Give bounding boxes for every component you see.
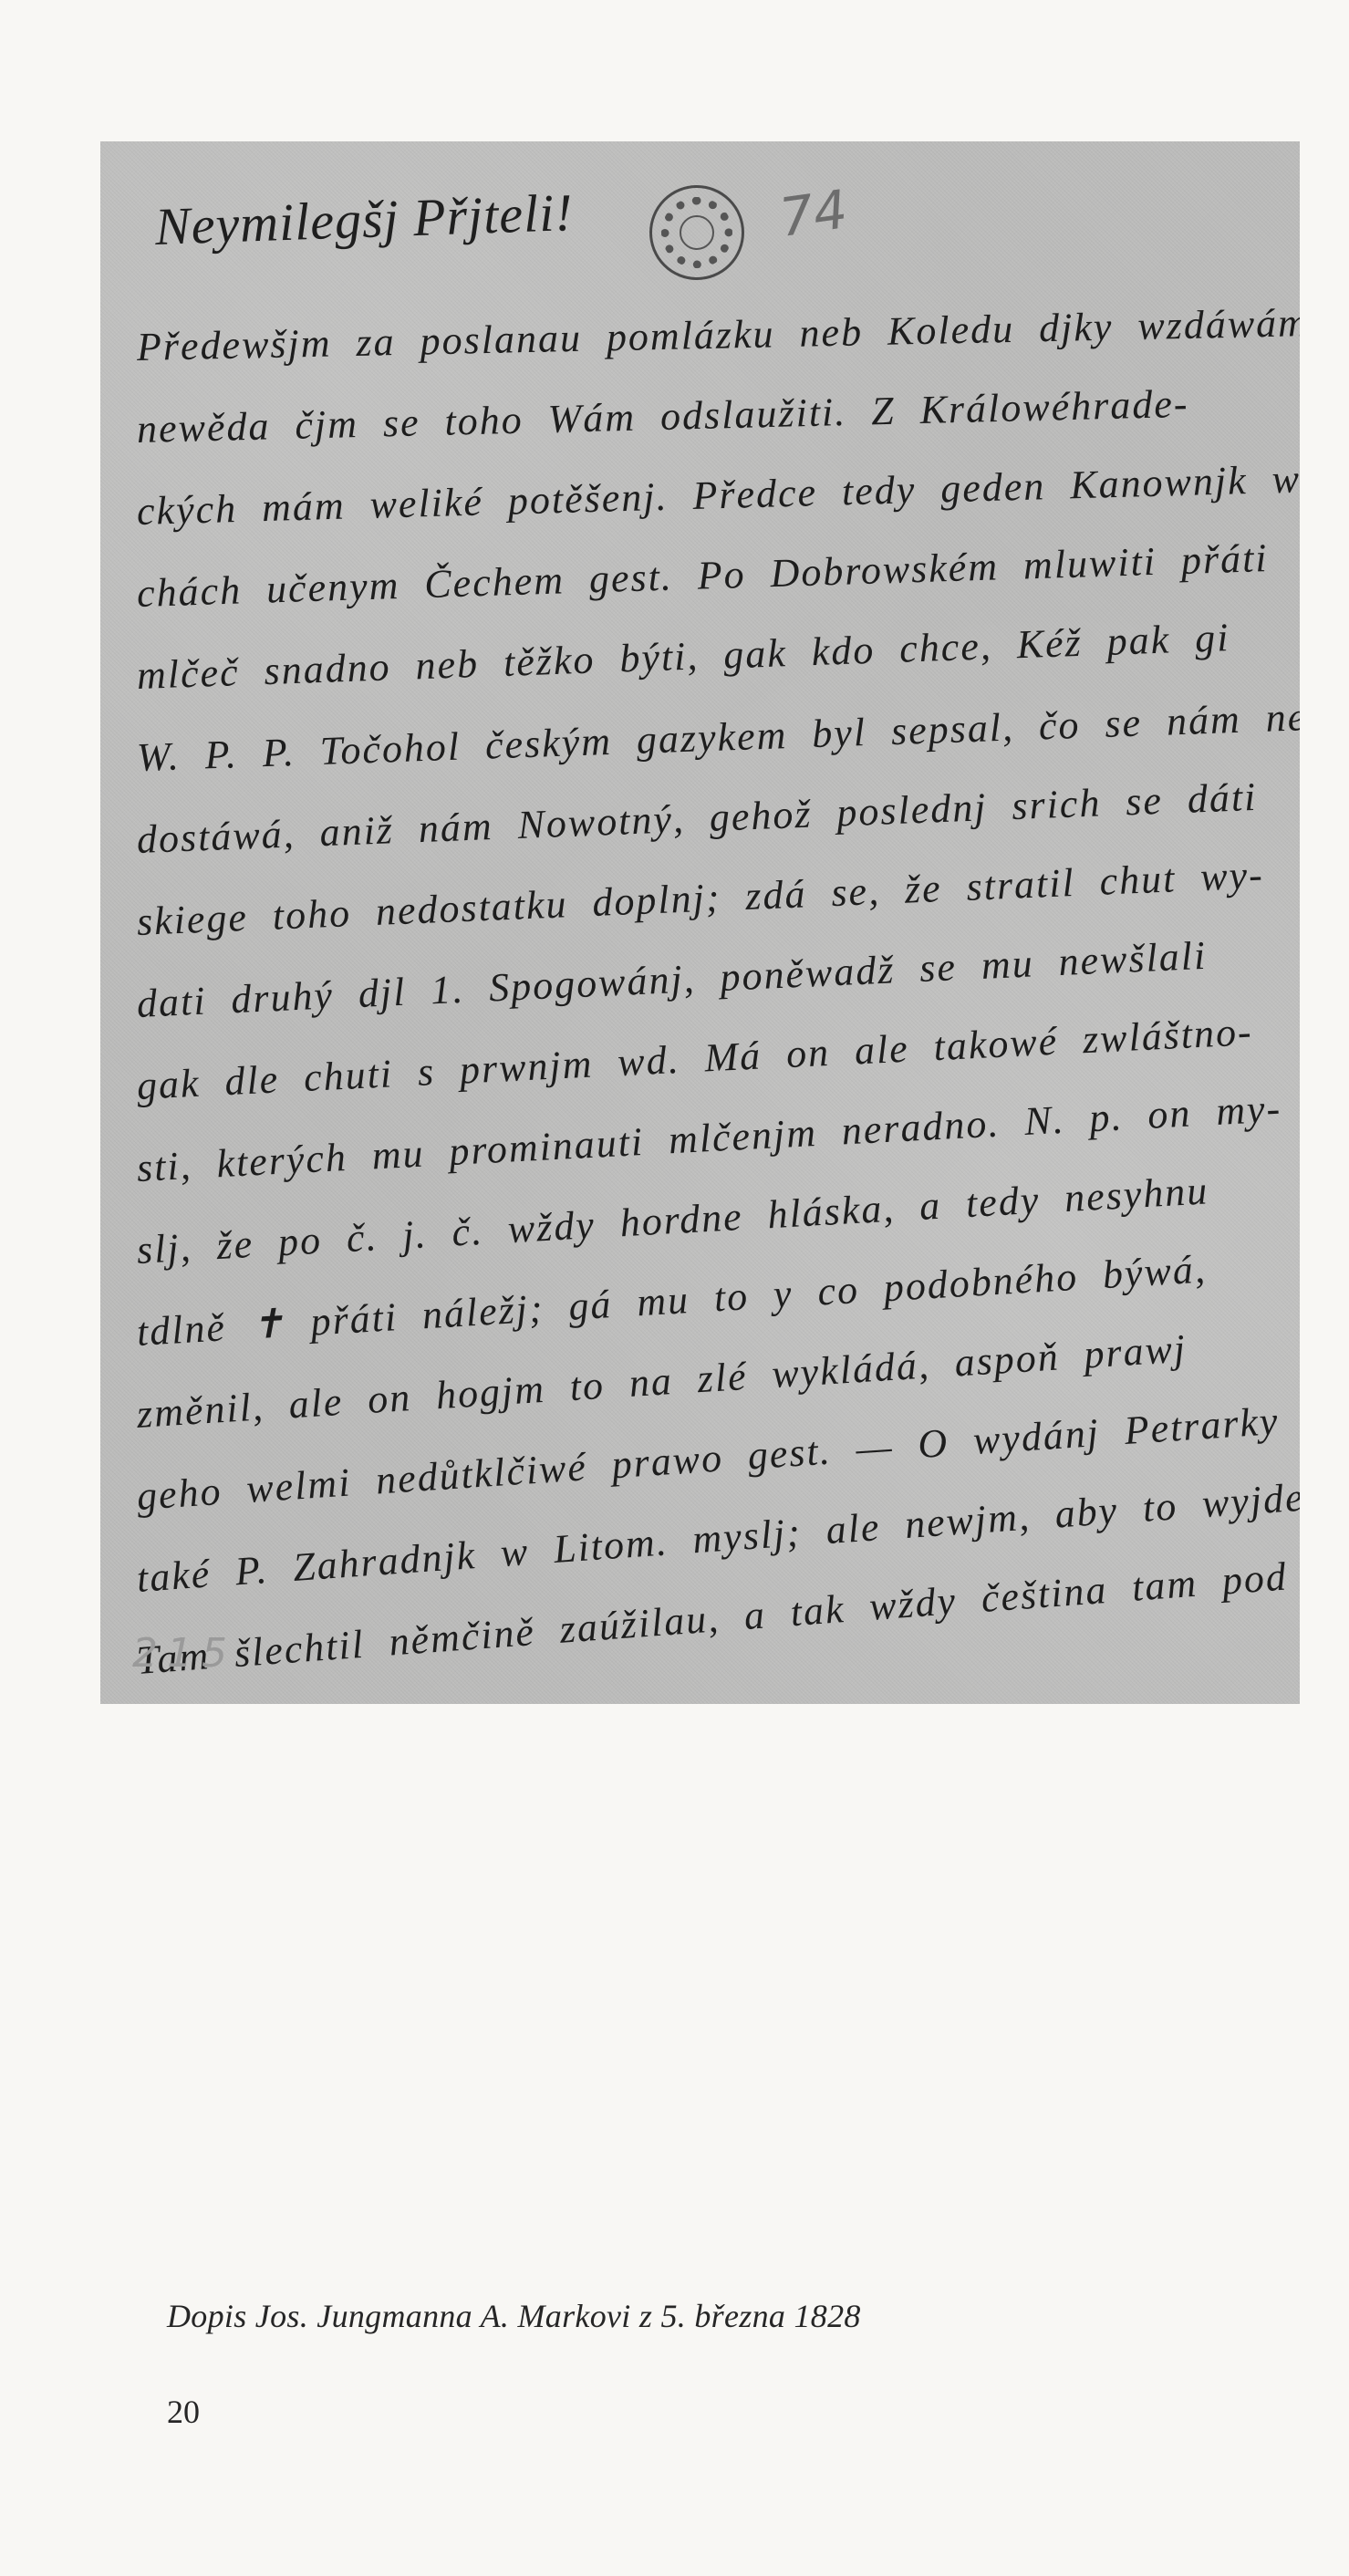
letter-line: chách učenym Čechem gest. Po Dobrowském … [136, 535, 1269, 617]
letter-line: ckých mám weliké potěšenj. Předce tedy g… [136, 453, 1300, 535]
page-number: 20 [167, 2393, 200, 2431]
letter-line: dati druhý djl 1. Spogowánj, poněwadž se… [136, 932, 1208, 1027]
letter-line: W. P. P. Točohol českým gazykem byl seps… [136, 693, 1300, 781]
letter-body: Předewšjm za poslanau pomlázku neb Koled… [100, 141, 1300, 1704]
letter-line: dostáwá, aniž nám Nowotný, gehož posledn… [136, 774, 1258, 863]
figure-caption: Dopis Jos. Jungmanna A. Markovi z 5. bře… [167, 2297, 861, 2335]
archive-mark: 215 [132, 1630, 236, 1677]
letter-line: Předewšjm za poslanau pomlázku neb Koled… [136, 299, 1300, 370]
letter-line: gak dle chuti s prwnjm wd. Má on ale tak… [136, 1008, 1254, 1109]
letter-line: newěda čjm se toho Wám odslaužiti. Z Krá… [136, 380, 1189, 452]
letter-line: skiege toho nedostatku doplnj; zdá se, ž… [136, 851, 1265, 945]
letter-photograph: Neymilegšj Přjteli! 74 Předewšjm za posl… [100, 141, 1300, 1704]
letter-line: mlčeč snadno neb těžko býti, gak kdo chc… [136, 614, 1230, 699]
